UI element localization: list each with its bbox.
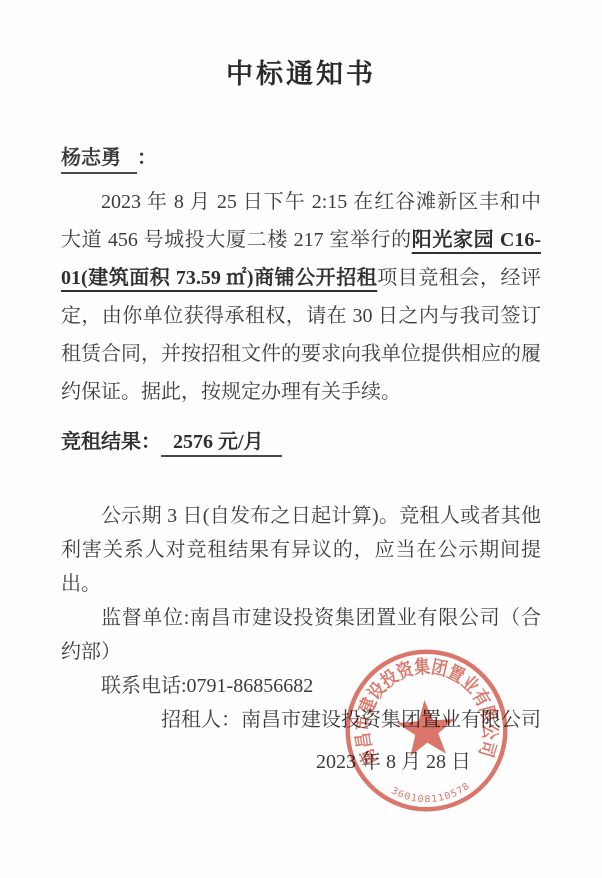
lessor-line: 招租人：南昌市建设投资集团置业有限公司 [61, 703, 541, 732]
lessor-company-name: 南昌市建设投资集团置业有限公司 [241, 709, 541, 731]
signature-block: 招租人：南昌市建设投资集团置业有限公司 2023 年 8 月 28 日 [61, 703, 541, 774]
publicity-period-paragraph: 公示期 3 日(自发布之日起计算)。竞租人或者其他利害关系人对竞租结果有异议的，… [61, 499, 541, 601]
signature-date: 2023 年 8 月 28 日 [61, 745, 541, 774]
seal-serial-number-text: 360108110578 [389, 780, 474, 808]
addressee-line: 杨志勇： [61, 141, 541, 170]
bid-result-label: 竞租结果： [61, 431, 161, 453]
addressee-name: 杨志勇 [61, 147, 137, 174]
bid-result-line: 竞租结果：2576 元/月 [61, 425, 541, 454]
document-title: 中标通知书 [61, 52, 541, 91]
lessor-label: 招租人： [161, 709, 241, 731]
publicity-info-block: 公示期 3 日(自发布之日起计算)。竞租人或者其他利害关系人对竞租结果有异议的，… [61, 499, 541, 703]
contact-phone-line: 联系电话:0791-86856682 [61, 669, 541, 703]
bid-result-value: 2576 元/月 [161, 431, 282, 457]
main-body-paragraph: 2023 年 8 月 25 日下午 2:15 在红谷滩新区丰和中大道 456 号… [61, 183, 541, 411]
addressee-colon: ： [137, 147, 157, 169]
supervisor-line: 监督单位:南昌市建设投资集团置业有限公司（合约部） [61, 601, 541, 669]
notice-document-page: 中标通知书 杨志勇： 2023 年 8 月 25 日下午 2:15 在红谷滩新区… [0, 0, 602, 878]
